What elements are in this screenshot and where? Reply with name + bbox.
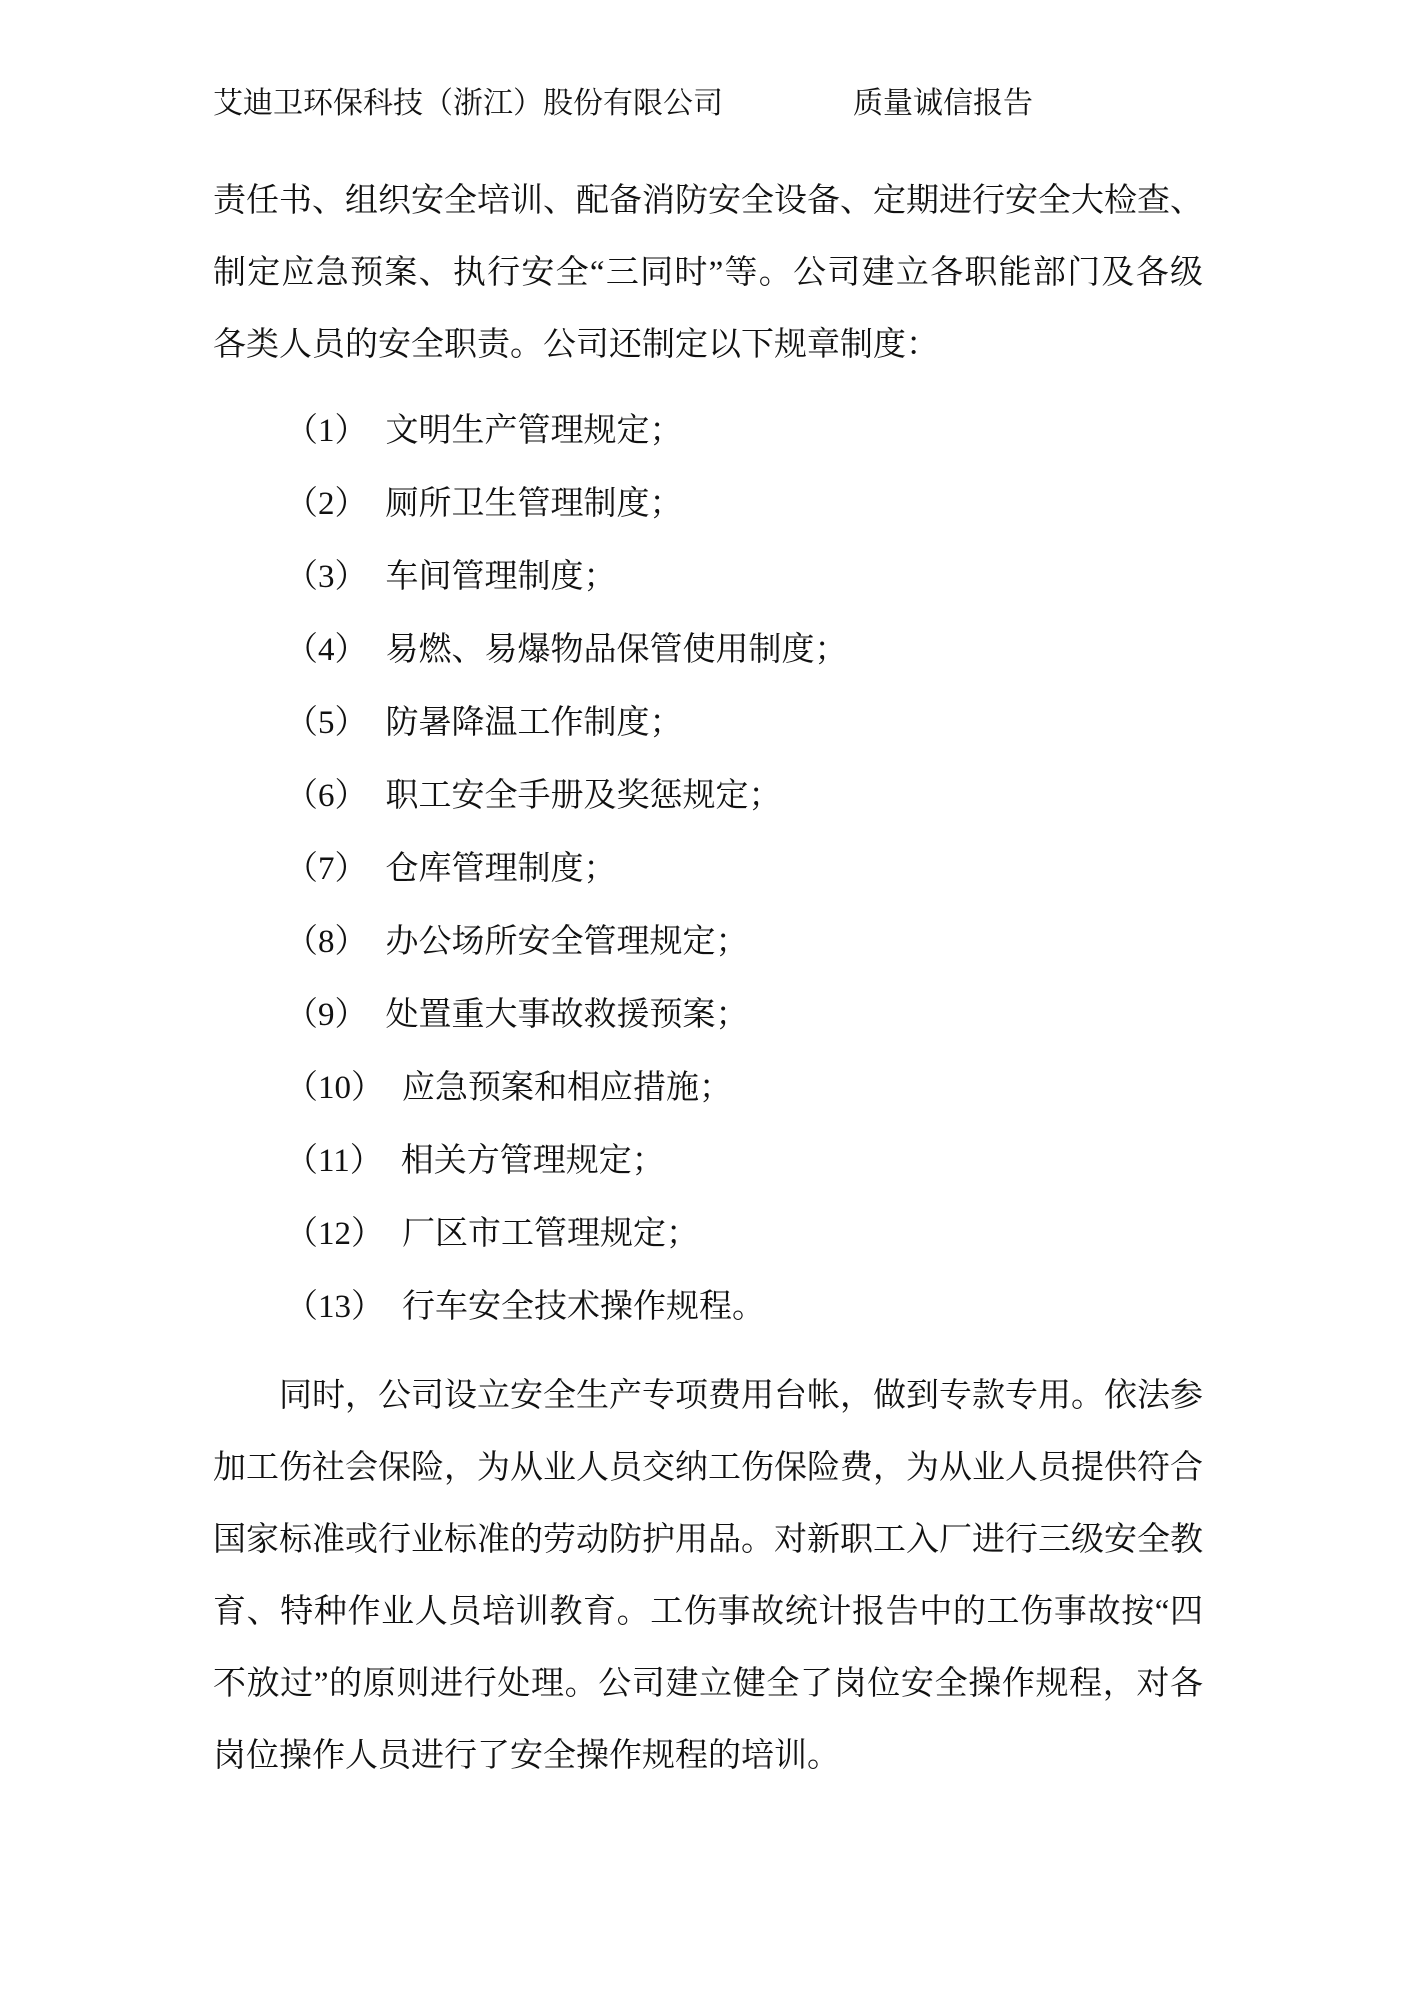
- regulation-item: （12）厂区市工管理规定；: [213, 1198, 1203, 1271]
- regulation-item: （9）处置重大事故救援预案；: [213, 979, 1203, 1052]
- paragraph-line: 国家标准或行业标准的劳动防护用品。对新职工入厂进行三级安全教: [213, 1504, 1203, 1576]
- regulation-item: （4）易燃、易爆物品保管使用制度；: [213, 614, 1203, 687]
- paragraph-line: 责任书、组织安全培训、配备消防安全设备、定期进行安全大检查、: [213, 165, 1203, 237]
- regulation-text: 行车安全技术操作规程。: [402, 1289, 765, 1325]
- regulation-number: （13）: [285, 1289, 384, 1325]
- header-report-title: 质量诚信报告: [853, 84, 1033, 124]
- paragraph-line: 同时，公司设立安全生产专项费用台帐，做到专款专用。依法参: [213, 1360, 1203, 1432]
- regulation-text: 厂区市工管理规定；: [402, 1216, 699, 1252]
- regulation-item: （5）防暑降温工作制度；: [213, 687, 1203, 760]
- paragraph-line: 加工伤社会保险，为从业人员交纳工伤保险费，为从业人员提供符合: [213, 1432, 1203, 1504]
- paragraph-safety-measures: 责任书、组织安全培训、配备消防安全设备、定期进行安全大检查、制定应急预案、执行安…: [213, 165, 1203, 381]
- page-header: 艾迪卫环保科技（浙江）股份有限公司 质量诚信报告: [213, 84, 1033, 124]
- regulation-number: （5）: [285, 705, 368, 741]
- regulation-number: （10）: [285, 1070, 384, 1106]
- regulation-item: （6）职工安全手册及奖惩规定；: [213, 760, 1203, 833]
- regulation-item: （13）行车安全技术操作规程。: [213, 1271, 1203, 1344]
- regulation-text: 车间管理制度；: [386, 559, 617, 595]
- regulation-item: （8）办公场所安全管理规定；: [213, 906, 1203, 979]
- paragraph-line: 不放过”的原则进行处理。公司建立健全了岗位安全操作规程，对各: [213, 1648, 1203, 1720]
- regulation-item: （2）厕所卫生管理制度；: [213, 468, 1203, 541]
- header-company-name: 艾迪卫环保科技（浙江）股份有限公司: [213, 84, 723, 124]
- regulation-number: （12）: [285, 1216, 384, 1252]
- paragraph-line: 各类人员的安全职责。公司还制定以下规章制度：: [213, 309, 1203, 381]
- regulation-text: 文明生产管理规定；: [386, 413, 683, 449]
- regulation-number: （4）: [285, 632, 368, 668]
- regulation-text: 处置重大事故救援预案；: [386, 997, 749, 1033]
- regulation-number: （2）: [285, 486, 368, 522]
- paragraph-line: 育、特种作业人员培训教育。工伤事故统计报告中的工伤事故按“四: [213, 1576, 1203, 1648]
- regulation-number: （8）: [285, 924, 368, 960]
- regulation-text: 易燃、易爆物品保管使用制度；: [386, 632, 848, 668]
- regulation-text: 应急预案和相应措施；: [402, 1070, 732, 1106]
- regulation-number: （1）: [285, 413, 368, 449]
- regulations-list: （1）文明生产管理规定； （2）厕所卫生管理制度； （3）车间管理制度； （4）…: [213, 395, 1203, 1344]
- paragraph-line: 制定应急预案、执行安全“三同时”等。公司建立各职能部门及各级: [213, 237, 1203, 309]
- regulation-item: （7）仓库管理制度；: [213, 833, 1203, 906]
- regulation-number: （6）: [285, 778, 368, 814]
- paragraph-line: 岗位操作人员进行了安全操作规程的培训。: [213, 1720, 1203, 1792]
- regulation-item: （1）文明生产管理规定；: [213, 395, 1203, 468]
- regulation-number: （3）: [285, 559, 368, 595]
- regulation-number: （7）: [285, 851, 368, 887]
- document-body: 责任书、组织安全培训、配备消防安全设备、定期进行安全大检查、制定应急预案、执行安…: [213, 165, 1203, 1792]
- document-page: 艾迪卫环保科技（浙江）股份有限公司 质量诚信报告 责任书、组织安全培训、配备消防…: [0, 0, 1414, 2000]
- regulation-item: （3）车间管理制度；: [213, 541, 1203, 614]
- regulation-text: 仓库管理制度；: [386, 851, 617, 887]
- regulation-text: 厕所卫生管理制度；: [386, 486, 683, 522]
- paragraph-safety-training: 同时，公司设立安全生产专项费用台帐，做到专款专用。依法参加工伤社会保险，为从业人…: [213, 1360, 1203, 1792]
- regulation-text: 职工安全手册及奖惩规定；: [386, 778, 782, 814]
- regulation-text: 防暑降温工作制度；: [386, 705, 683, 741]
- regulation-text: 相关方管理规定；: [401, 1143, 665, 1179]
- regulation-item: （10）应急预案和相应措施；: [213, 1052, 1203, 1125]
- regulation-number: （9）: [285, 997, 368, 1033]
- regulation-text: 办公场所安全管理规定；: [386, 924, 749, 960]
- regulation-item: （11）相关方管理规定；: [213, 1125, 1203, 1198]
- regulation-number: （11）: [285, 1143, 383, 1179]
